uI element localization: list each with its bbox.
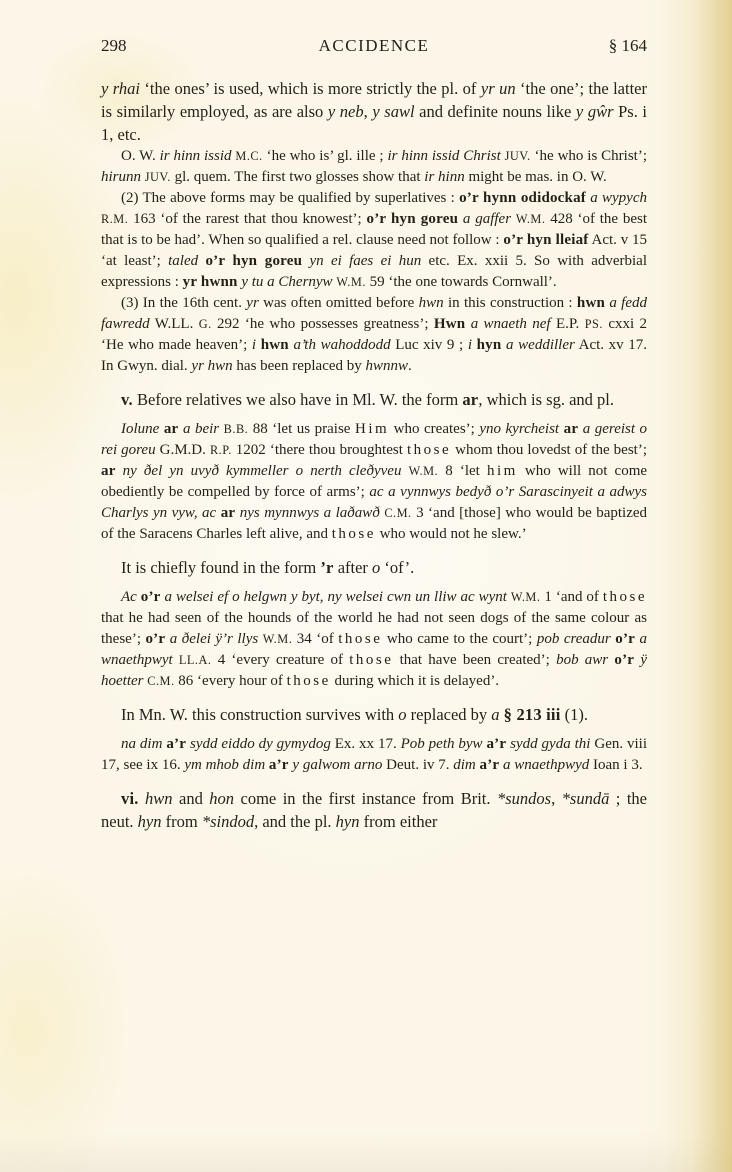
paragraph-10: na dim a’r sydd eiddo dy gymydog Ex. xx … [101,734,647,776]
paragraph-7: It is chiefly found in the form ’r after… [101,556,647,579]
text-block: 298 ACCIDENCE § 164 y rhai ‘the ones’ is… [101,36,647,841]
page-header: 298 ACCIDENCE § 164 [101,36,647,56]
paragraph-6: Iolune ar a beir B.B. 88 ‘let us praise … [101,419,647,545]
paragraph-8: Ac o’r a welsei ef o helgwn y byt, ny we… [101,587,647,692]
paragraph-4: (3) In the 16th cent. yr was often omitt… [101,293,647,377]
paragraph-2: O. W. ir hinn issid M.C. ‘he who is’ gl.… [101,146,647,188]
page-number: 298 [101,36,191,56]
paragraph-11: vi. hwn and hon come in the first instan… [101,787,647,833]
paragraph-1: y rhai ‘the ones’ is used, which is more… [101,77,647,146]
paragraph-3: (2) The above forms may be qualified by … [101,188,647,293]
book-page-scan: 298 ACCIDENCE § 164 y rhai ‘the ones’ is… [0,0,732,1172]
section-number: § 164 [557,36,647,56]
running-title: ACCIDENCE [191,36,557,56]
paragraph-9: In Mn. W. this construction survives wit… [101,703,647,726]
paragraph-5: v. Before relatives we also have in Ml. … [101,388,647,411]
text-body: y rhai ‘the ones’ is used, which is more… [101,77,647,833]
